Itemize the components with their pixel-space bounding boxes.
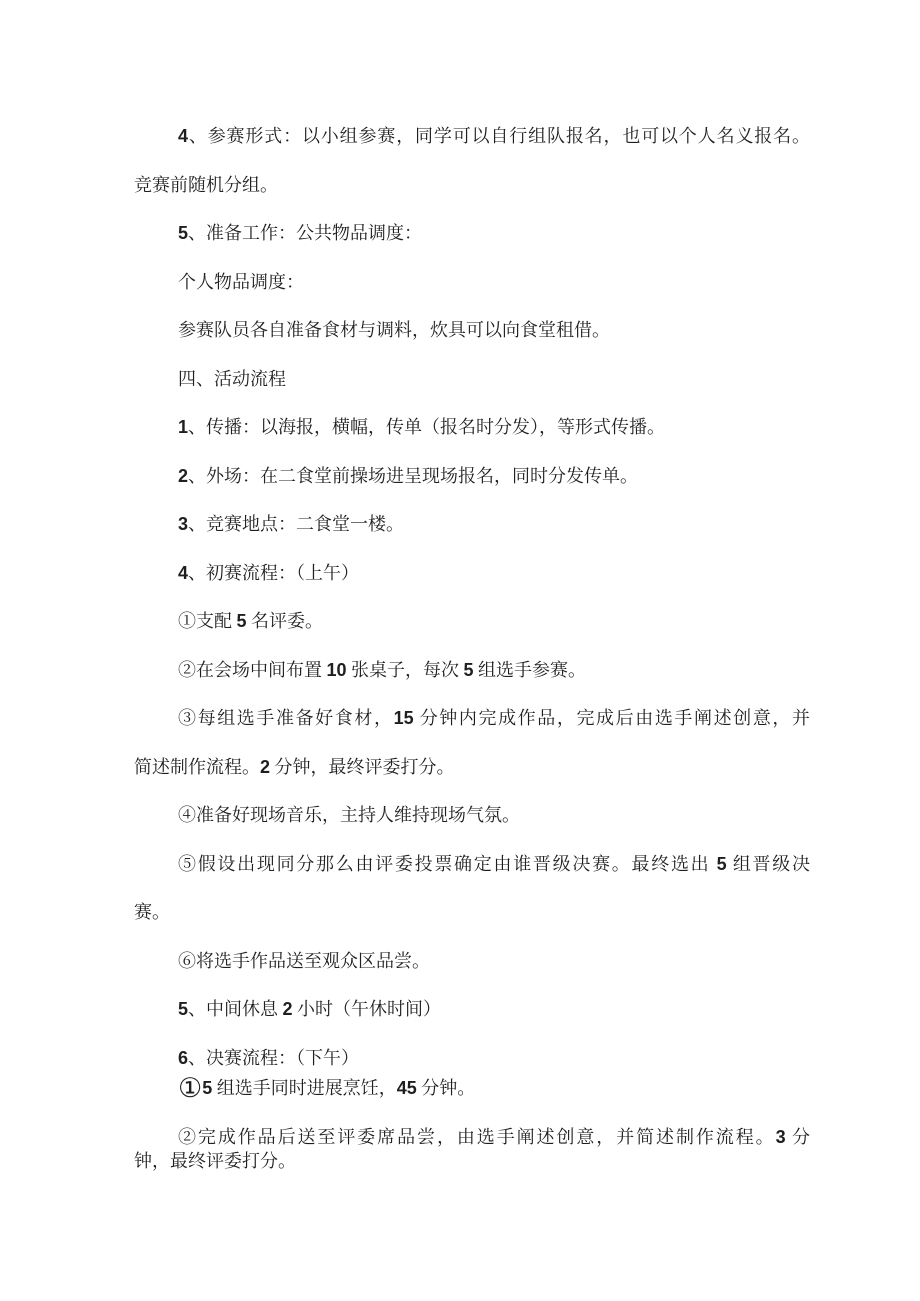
section-heading: 四、活动流程 — [134, 355, 810, 404]
text-line: ④准备好现场音乐，主持人维持现场气氛。 — [134, 791, 810, 840]
text-line: ①支配 5 名评委。 — [134, 597, 810, 646]
text-line: ⑤假设出现同分那么由评委投票确定由谁晋级决赛。最终选出 5 组晋级决 — [134, 840, 810, 889]
text-line: 1、传播：以海报，横幅，传单（报名时分发），等形式传播。 — [134, 403, 810, 452]
text-line-body: 5 组选手同时进展烹饪，45 分钟。 — [202, 1078, 475, 1098]
text-line: 3、竞赛地点：二食堂一楼。 — [134, 500, 810, 549]
text-line: 个人物品调度： — [134, 258, 810, 307]
document-page: 4、参赛形式：以小组参赛，同学可以自行组队报名，也可以个人名义报名。 竞赛前随机… — [0, 0, 920, 1301]
text-line: 参赛队员各自准备食材与调料，炊具可以向食堂租借。 — [134, 306, 810, 355]
text-line: ②在会场中间布置 10 张桌子，每次 5 组选手参赛。 — [134, 646, 810, 695]
text-line: 2、外场：在二食堂前操场进呈现场报名，同时分发传单。 — [134, 452, 810, 501]
document-text-block: 4、参赛形式：以小组参赛，同学可以自行组队报名，也可以个人名义报名。 竞赛前随机… — [134, 0, 810, 1186]
text-line: 赛。 — [134, 888, 810, 937]
text-line: 4、参赛形式：以小组参赛，同学可以自行组队报名，也可以个人名义报名。 — [134, 112, 810, 161]
text-line: 竞赛前随机分组。 — [134, 161, 810, 210]
text-line: 4、初赛流程：（上午） — [134, 549, 810, 598]
text-line: ③每组选手准备好食材，15 分钟内完成作品，完成后由选手阐述创意，并 — [134, 694, 810, 743]
text-line: 5、中间休息 2 小时（午休时间） — [134, 985, 810, 1034]
text-line: ①5 组选手同时进展烹饪，45 分钟。 — [134, 1064, 810, 1113]
text-line: 简述制作流程。2 分钟，最终评委打分。 — [134, 743, 810, 792]
circled-one-marker: ① — [178, 1073, 202, 1103]
text-line: 5、准备工作：公共物品调度： — [134, 209, 810, 258]
text-line: ⑥将选手作品送至观众区品尝。 — [134, 937, 810, 986]
